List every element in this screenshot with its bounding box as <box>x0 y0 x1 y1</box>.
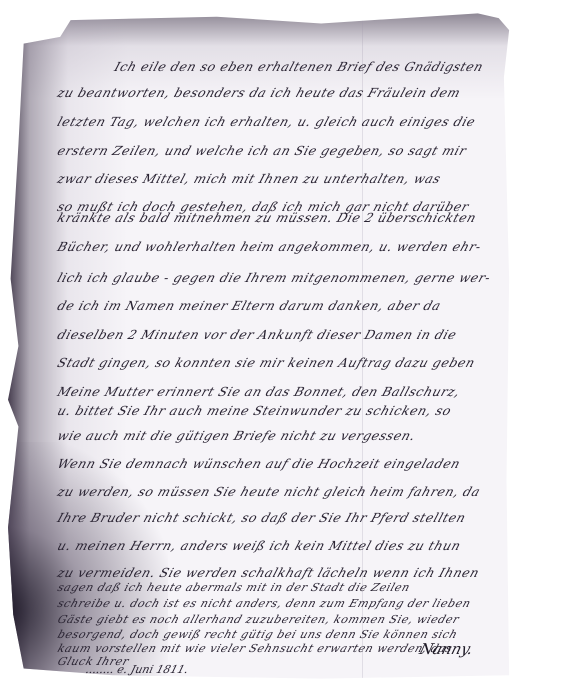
handwritten-line: Ich eile den so eben erhaltenen Brief de… <box>113 59 538 74</box>
handwritten-line: lich ich glaube - gegen die Ihrem mitgen… <box>56 270 501 285</box>
handwritten-line: Meine Mutter erinnert Sie an das Bonnet,… <box>56 384 501 399</box>
handwritten-line: zu beantworten, besonders da ich heute d… <box>56 85 501 100</box>
handwritten-line: zu vermeiden. Sie werden schalkhaft läch… <box>56 565 501 580</box>
handwritten-line: u. bittet Sie Ihr auch meine Steinwunder… <box>56 403 501 418</box>
signature: Nanny. <box>418 640 475 658</box>
handwritten-line: u. meinen Herrn, anders weiß ich kein Mi… <box>56 538 501 553</box>
handwritten-line: wie auch mit die gütigen Briefe nicht zu… <box>56 428 501 443</box>
handwritten-line: Stadt gingen, so konnten sie mir keinen … <box>56 355 501 370</box>
handwritten-line: zu werden, so müssen Sie heute nicht gle… <box>56 484 501 499</box>
handwritten-line: Ihre Bruder nicht schickt, so daß der Si… <box>56 510 501 525</box>
handwritten-line: Wenn Sie demnach wünschen auf die Hochze… <box>56 456 501 471</box>
handwritten-line: zwar dieses Mittel, mich mit Ihnen zu un… <box>56 171 501 186</box>
handwritten-line: de ich im Namen meiner Eltern darum dank… <box>56 298 501 313</box>
handwritten-line: erstern Zeilen, und welche ich an Sie ge… <box>56 143 501 158</box>
handwritten-line: schreibe u. doch ist es nicht anders, de… <box>56 597 500 610</box>
date-line: ........ e. Juni 1811. <box>84 663 190 676</box>
handwritten-line: sagen daß ich heute abermals mit in der … <box>56 581 500 594</box>
handwritten-line: letzten Tag, welchen ich erhalten, u. gl… <box>56 114 501 129</box>
handwritten-line: kränkte als bald mitnehmen zu müssen. Di… <box>56 210 501 225</box>
handwritten-line: kaum vorstellen mit wie vieler Sehnsucht… <box>56 642 460 655</box>
handwritten-line: Gäste giebt es noch allerhand zuzubereit… <box>56 613 500 626</box>
handwritten-line: dieselben 2 Minuten vor der Ankunft dies… <box>56 327 501 342</box>
handwritten-line: Bücher, und wohlerhalten heim angekommen… <box>56 239 501 254</box>
